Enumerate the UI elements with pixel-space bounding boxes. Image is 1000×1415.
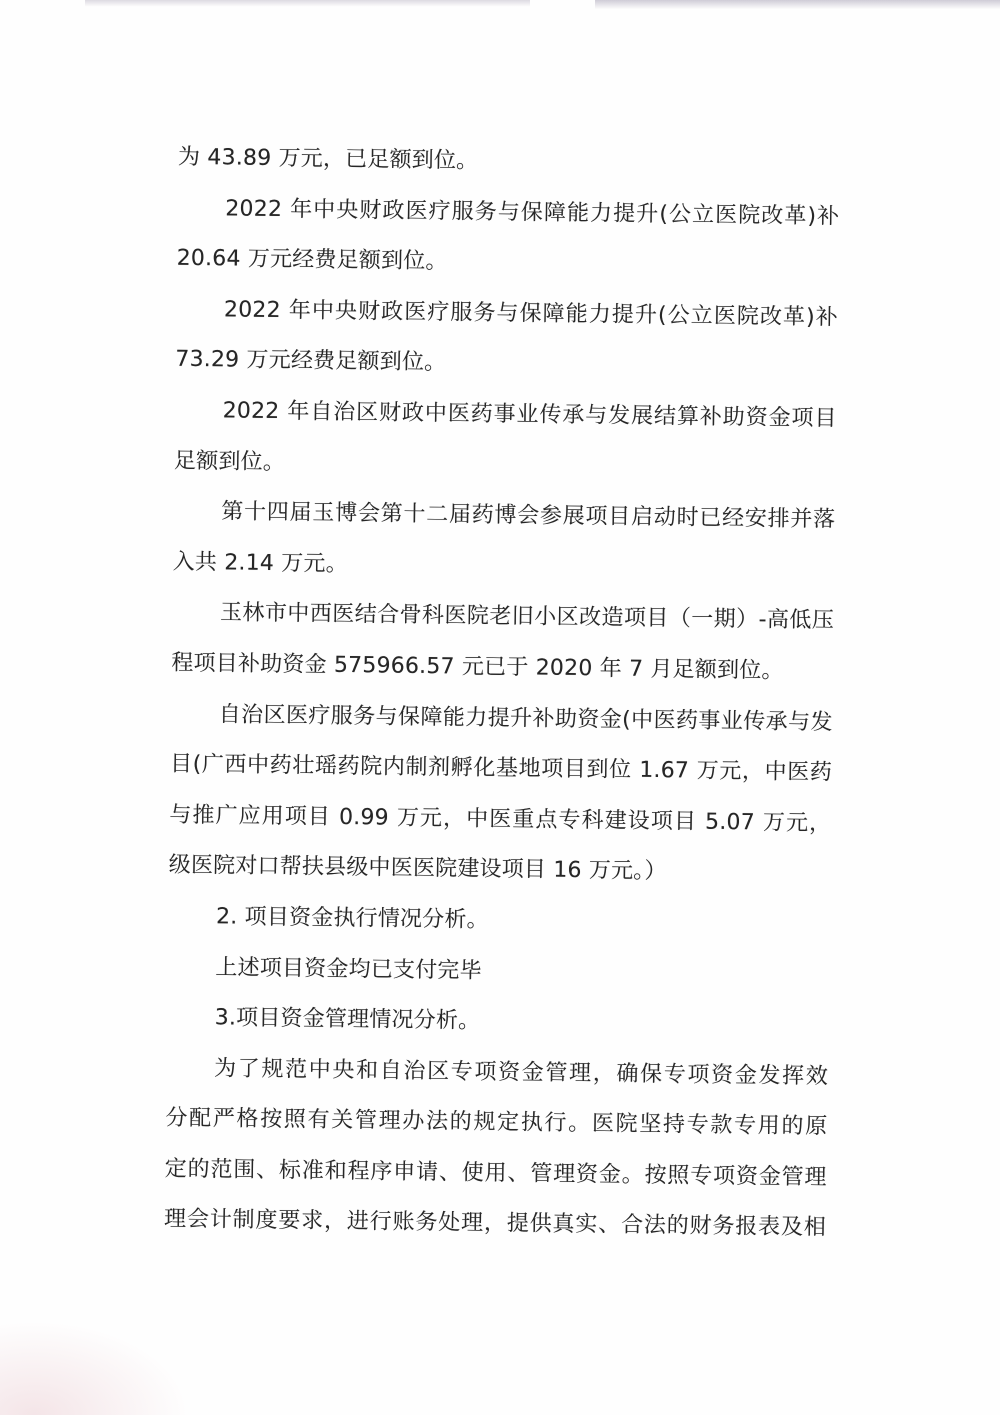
text-line: 为了规范中央和自治区专项资金管理，确保专项资金发挥效益，我院资金的	[166, 1043, 829, 1102]
text-line: 目(广西中药壮瑶药院内制剂孵化基地项目到位 1.67 万元，中医药适宜技术开发	[170, 740, 833, 799]
text-line: 2022 年中央财政医疗服务与保障能力提升(公立医院改革)补助资金项目	[176, 284, 839, 343]
text-line: 分配严格按照有关管理办法的规定执行。医院坚持专款专用的原则，严格按照规	[165, 1094, 828, 1153]
text-line: 2022 年自治区财政中医药事业传承与发展结算补助资金项目 5 万元经费已	[174, 386, 837, 445]
text-line: 2. 项目资金执行情况分析。	[168, 892, 831, 951]
text-line: 玉林市中西医结合骨科医院老旧小区改造项目（一期）-高低压改造配电工	[172, 588, 835, 647]
scan-edge-artifact	[85, 0, 530, 8]
text-line: 级医院对口帮扶县级中医医院建设项目 16 万元。）	[168, 841, 831, 900]
text-line: 入共 2.14 万元。	[172, 537, 835, 596]
text-line: 程项目补助资金 575966.57 元已于 2020 年 7 月足额到位。	[171, 639, 834, 698]
text-line: 为 43.89 万元，已足额到位。	[178, 133, 841, 192]
text-line: 自治区医疗服务与保障能力提升补助资金(中医药事业传承与发展部分)项	[170, 689, 833, 748]
scan-edge-artifact	[595, 0, 1000, 11]
text-line: 3.项目资金管理情况分析。	[166, 993, 829, 1052]
text-line: 2022 年中央财政医疗服务与保障能力提升(公立医院改革)补助资金项目	[177, 183, 840, 242]
text-line: 足额到位。	[174, 436, 837, 495]
document-page: 为 43.89 万元，已足额到位。 2022 年中央财政医疗服务与保障能力提升(…	[0, 0, 1000, 1415]
scan-smudge-artifact	[0, 1320, 190, 1415]
text-line: 与推广应用项目 0.99 万元，中医重点专科建设项目 5.07 万元，2022 …	[169, 790, 832, 849]
text-line: 上述项目资金均已支付完毕	[167, 942, 830, 1001]
document-body: 为 43.89 万元，已足额到位。 2022 年中央财政医疗服务与保障能力提升(…	[164, 133, 841, 1255]
text-line: 73.29 万元经费足额到位。	[175, 335, 838, 394]
text-line: 20.64 万元经费足额到位。	[176, 234, 839, 293]
text-line: 第十四届玉博会第十二届药博会参展项目启动时已经安排并落实到位，总投	[173, 487, 836, 546]
text-line: 定的范围、标准和程序申请、使用、管理资金。按照专项资金管理规定和财务管	[164, 1145, 827, 1204]
text-line: 理会计制度要求，进行账务处理，提供真实、合法的财务报表及相关财务资料，	[164, 1195, 827, 1254]
